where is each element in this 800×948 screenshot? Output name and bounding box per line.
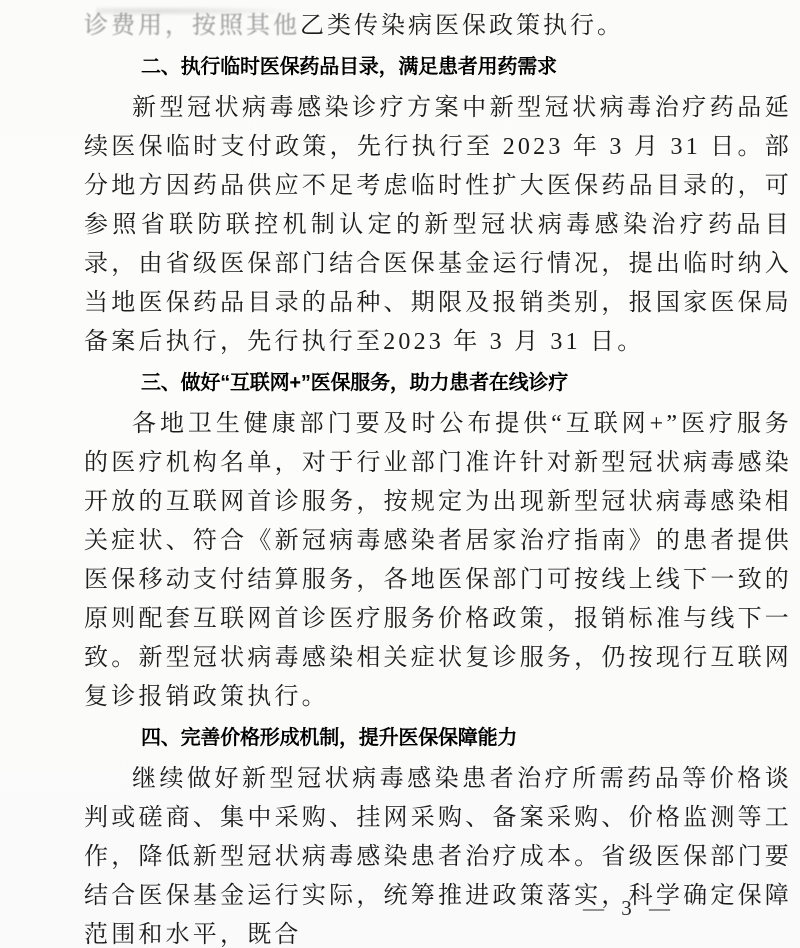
- document-page: 诊费用，按照其他乙类传染病医保政策执行。 二、执行临时医保药品目录，满足患者用药…: [0, 0, 800, 948]
- section-body-2: 新型冠状病毒感染诊疗方案中新型冠状病毒治疗药品延续医保临时支付政策，先行执行至 …: [84, 89, 792, 362]
- continuation-rest-text: 乙类传染病医保政策执行。: [300, 13, 624, 39]
- page-number: — 3 —: [583, 896, 676, 921]
- section-heading-2: 二、执行临时医保药品目录，满足患者用药需求: [84, 48, 792, 87]
- continuation-paragraph: 诊费用，按照其他乙类传染病医保政策执行。: [84, 7, 792, 46]
- section-heading-4: 四、完善价格形成机制，提升医保保障能力: [84, 719, 792, 758]
- continuation-faded-text: 诊费用，按照其他: [84, 13, 300, 39]
- section-body-3: 各地卫生健康部门要及时公布提供“互联网+”医疗服务的医疗机构名单，对于行业部门准…: [84, 405, 792, 717]
- section-body-4: 继续做好新型冠状病毒感染患者治疗所需药品等价格谈判或磋商、集中采购、挂网采购、备…: [84, 760, 792, 948]
- document-text-block: 诊费用，按照其他乙类传染病医保政策执行。 二、执行临时医保药品目录，满足患者用药…: [84, 7, 792, 948]
- section-heading-3: 三、做好“互联网+”医保服务，助力患者在线诊疗: [84, 364, 792, 403]
